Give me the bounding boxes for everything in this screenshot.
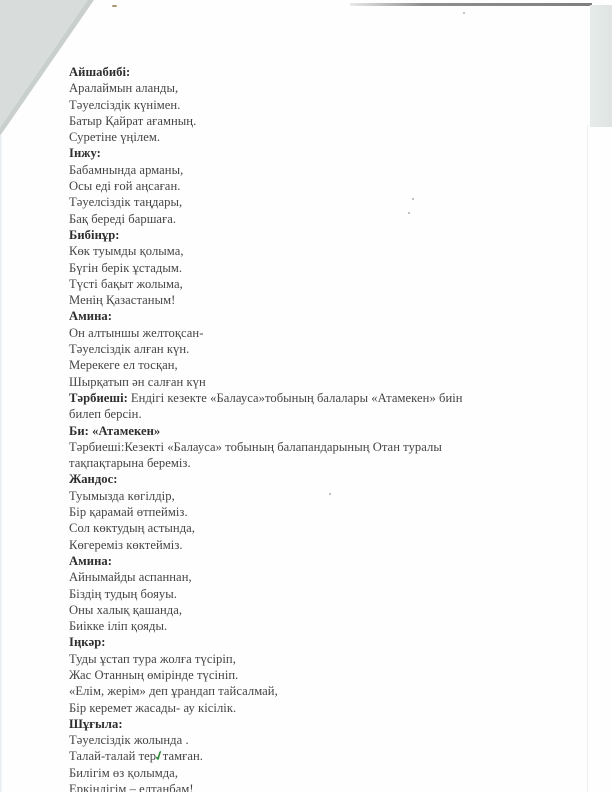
verse-line-with-mark: Талай-талай тер✓тамған. (69, 748, 569, 764)
scan-speck (112, 5, 117, 7)
narration-text: Ендігі кезекте «Балауса»тобының балалары… (131, 391, 463, 405)
right-scan-edge (587, 125, 588, 792)
verse-line: Батыр Қайрат ағамның. (69, 113, 569, 129)
verse-line: Он алтыншы желтоқсан- (69, 325, 569, 341)
scanned-page: Айшабибі: Аралаймын аланды, Тәуелсіздік … (0, 0, 612, 792)
verse-line: Тәуелсіздік алған күн. (69, 341, 569, 357)
verse-line: Тәуелсіздік жолында . (69, 732, 569, 748)
verse-line: Түсті бақыт жолыма, (69, 276, 569, 292)
speaker-name: Тәрбиеші: (69, 391, 128, 405)
speaker-name: Бибінұр: (69, 227, 569, 243)
right-scan-shadow (590, 5, 612, 127)
speaker-name: Шұғыла: (69, 716, 569, 732)
speaker-name: Жандос: (69, 471, 569, 487)
top-scan-edge (350, 3, 592, 6)
scan-speck (463, 12, 465, 14)
verse-line: Айнымайды аспаннан, (69, 569, 569, 585)
script-text: Айшабибі: Аралаймын аланды, Тәуелсіздік … (69, 64, 569, 792)
verse-line: Жас Отанның өмірінде түсініп. (69, 667, 569, 683)
verse-line: Бір керемет жасады- ау кісілік. (69, 700, 569, 716)
verse-line: Туды ұстап тура жолға түсіріп, (69, 651, 569, 667)
verse-line: Туымызда көгілдір, (69, 488, 569, 504)
verse-line: Менің Қазастаным! (69, 292, 569, 308)
dance-heading: Би: «Атамекен» (69, 423, 569, 439)
verse-line: Тәуелсіздік күнімен. (69, 97, 569, 113)
verse-line: Сол көктудың астында, (69, 520, 569, 536)
speaker-name: Айшабибі: (69, 64, 569, 80)
narration-line: билеп берсін. (69, 406, 569, 422)
narration-line: тақпақтарына береміз. (69, 455, 569, 471)
verse-line: Еркіндігім – елтаңбам! (69, 781, 569, 792)
verse-line: Бүгін берік ұстадым. (69, 260, 569, 276)
verse-line: Шырқатып ән салған күн (69, 374, 569, 390)
verse-line: Оны халық қашанда, (69, 602, 569, 618)
verse-line: Бақ береді баршаға. (69, 211, 569, 227)
verse-line: Тәуелсіздік таңдары, (69, 194, 569, 210)
left-scan-edge (0, 136, 3, 792)
verse-line: Суретіне үңілем. (69, 129, 569, 145)
speaker-name: Амина: (69, 553, 569, 569)
verse-line: Көгереміз көктейміз. (69, 537, 569, 553)
verse-line: Осы еді ғой аңсаған. (69, 178, 569, 194)
speaker-name: Інжу: (69, 145, 569, 161)
narration-line: Тәрбиеші:Кезекті «Балауса» тобының балап… (69, 439, 569, 455)
verse-line: Біздің тудың бояуы. (69, 586, 569, 602)
verse-line: Билігім өз қолымда, (69, 765, 569, 781)
verse-line: Бір қарамай өтпейміз. (69, 504, 569, 520)
speaker-name: Іңкәр: (69, 634, 569, 650)
narration-line: Тәрбиеші:Ендігі кезекте «Балауса»тобының… (69, 390, 569, 406)
verse-line: «Елім, жерім» деп ұрандап тайсалмай, (69, 683, 569, 699)
verse-line: Биікке іліп қояды. (69, 618, 569, 634)
green-check-mark-icon: ✓ (152, 747, 168, 766)
verse-line: Бабамнында арманы, (69, 162, 569, 178)
verse-line: Мерекеге ел тосқан, (69, 357, 569, 373)
verse-line: Көк туымды қолыма, (69, 243, 569, 259)
speaker-name: Амина: (69, 308, 569, 324)
verse-line: Аралаймын аланды, (69, 80, 569, 96)
